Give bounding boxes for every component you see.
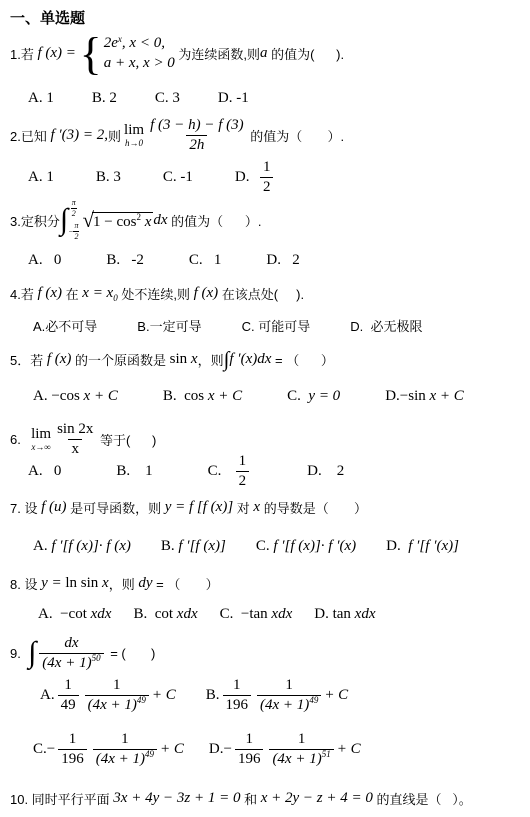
q9-a-f2-den: (4x + 1)49 bbox=[85, 695, 149, 715]
q9-options-row2: C.− 1196 1(4x + 1)49 + C D.− 1196 1(4x +… bbox=[33, 730, 361, 769]
q9-d-f2-den: (4x + 1)51 bbox=[269, 749, 333, 769]
q2-lim-sub: h→0 bbox=[125, 139, 143, 148]
q4-options: A.必不可导 B.一定可导 C. 可能可导 D. 必无极限 bbox=[33, 316, 422, 335]
q2-options: A. 1 B. 3 C. -1 D. 1 2 bbox=[28, 158, 276, 197]
q2-frac-den: 2h bbox=[186, 135, 207, 155]
q8-lnsin: ln sin bbox=[65, 575, 102, 592]
q7-option-d-label: D. bbox=[386, 538, 408, 555]
q3-text2: 的值为（ ）. bbox=[168, 211, 262, 230]
q1-option-b: B. 2 bbox=[92, 90, 117, 107]
q8-option-a-fn: A. −cot bbox=[38, 606, 91, 623]
q5-integrand: f ′(x)dx bbox=[229, 351, 271, 368]
q3-options: A. 0 B. -2 C. 1 D. 2 bbox=[28, 252, 300, 269]
q5-option-c-label: C. bbox=[287, 388, 308, 405]
q9-option-d-label: D.− bbox=[209, 741, 232, 758]
q9-option-a-tail: + C bbox=[152, 687, 176, 704]
q7-text4: 的导数是（ ） bbox=[260, 498, 367, 517]
q5-option-a-fn: A. −cos bbox=[33, 388, 84, 405]
q3-option-d: D. 2 bbox=[266, 252, 299, 269]
q3-integral: ∫ π 2 − π 2 bbox=[60, 198, 83, 242]
q4-x0: x = x 0 bbox=[82, 285, 117, 302]
q5-text2: 的一个原函数是 bbox=[71, 350, 169, 369]
q9-d-f1-den: 196 bbox=[235, 749, 264, 769]
q10-plane1: 3x + 4y − 3z + 1 = 0 bbox=[113, 790, 240, 807]
q9-b-f2-expr: (4x + 1) bbox=[260, 696, 309, 715]
q9-a-f2-expr: (4x + 1) bbox=[88, 696, 137, 715]
q7-option-c-label: C. bbox=[256, 538, 274, 555]
q6-text2: 等于( ) bbox=[96, 430, 156, 449]
q9-options-row1: A. 149 1(4x + 1)49 + C B. 1196 1(4x + 1)… bbox=[40, 676, 348, 715]
q3-lower-bound: − π 2 bbox=[68, 221, 79, 242]
q6-option-c-label: C. bbox=[208, 463, 233, 480]
q4-fx1: f (x) bbox=[37, 285, 62, 302]
section-title: 一、单选题 bbox=[10, 7, 85, 28]
q3-option-b: B. -2 bbox=[106, 252, 144, 269]
q9-frac-num: dx bbox=[64, 634, 78, 653]
q8-dy: dy bbox=[138, 575, 152, 592]
q3-rad-expr: 1 − cos bbox=[93, 214, 136, 231]
q4-fx2: f (x) bbox=[194, 285, 219, 302]
q5-options: A. −cos x + C B. cos x + C C. y = 0 D.−s… bbox=[33, 388, 464, 405]
q10-text2: 的直线是（ ）。 bbox=[373, 789, 472, 808]
q6-options: A. 0 B. 1 C. 1 2 D. 2 bbox=[28, 452, 344, 491]
q1-piecewise: { 2e x , x < 0, a + x, x > 0 bbox=[80, 34, 175, 73]
q2-option-d-den: 2 bbox=[260, 177, 274, 197]
q9-option-a: A. 149 1(4x + 1)49 + C bbox=[40, 676, 176, 715]
q6-option-a: A. 0 bbox=[28, 463, 61, 480]
q4-option-d: D. 必无极限 bbox=[350, 316, 422, 335]
q1-case2: a + x, x > 0 bbox=[104, 55, 175, 72]
q3-lower-num: π bbox=[74, 221, 78, 231]
q9-option-c-tail: + C bbox=[160, 741, 184, 758]
q6-option-d: D. 2 bbox=[307, 463, 344, 480]
q5-option-a-expr: x + C bbox=[84, 388, 118, 405]
q9-option-d-tail: + C bbox=[337, 741, 361, 758]
q8-option-d-fn: D. tan bbox=[314, 606, 354, 623]
q8-option-c-expr: xdx bbox=[271, 606, 292, 623]
q5-option-b-expr: x + C bbox=[208, 388, 242, 405]
q9-option-d-frac1: 1196 bbox=[235, 730, 264, 769]
q9-a-f1-den: 49 bbox=[58, 695, 79, 715]
q8-var-x: x bbox=[102, 575, 109, 592]
q2-frac-num: f (3 − h) − f (3) bbox=[150, 116, 244, 135]
q5-sin: sin bbox=[170, 351, 191, 368]
q10-plane2: x + 2y − z + 4 = 0 bbox=[261, 790, 373, 807]
q9-option-b: B. 1196 1(4x + 1)49 + C bbox=[206, 676, 348, 715]
question-8: 8. 设 y = ln sin x ，则 dy = （ ） bbox=[10, 574, 219, 593]
q8-option-c: C. −tan xdx bbox=[220, 606, 293, 623]
q10-and: 和 bbox=[240, 789, 260, 808]
q2-limit: lim h→0 bbox=[124, 123, 144, 148]
q4-text2: 处不连续,则 bbox=[118, 284, 194, 303]
q8-options: A. −cot xdx B. cot xdx C. −tan xdx D. ta… bbox=[38, 606, 376, 623]
q4-prefix: 4.若 bbox=[10, 284, 37, 303]
q1-options: A. 1 B. 2 C. 3 D. -1 bbox=[28, 90, 249, 107]
q1-text3: 的值为( ). bbox=[268, 44, 345, 63]
q5-option-d-fn: D.−sin bbox=[385, 388, 429, 405]
q3-upper-num: π bbox=[72, 198, 76, 208]
q3-sqrt: √ 1 − cos 2 x bbox=[82, 210, 153, 231]
q9-d-f2-expr: (4x + 1) bbox=[272, 750, 321, 769]
question-9: 9. ∫ dx (4x + 1) 50 = ( ) bbox=[10, 634, 155, 673]
q1-fx: f (x) = bbox=[37, 45, 79, 62]
q9-c-f2-den: (4x + 1)49 bbox=[93, 749, 157, 769]
q5-option-b-fn: B. cos bbox=[163, 388, 208, 405]
q5-text3: = （ ） bbox=[271, 350, 334, 369]
q6-option-c-frac: 1 2 bbox=[236, 452, 250, 491]
q3-dx: dx bbox=[153, 212, 167, 229]
q7-fu: f (u) bbox=[41, 499, 66, 516]
q7-text2: 是可导函数，则 bbox=[67, 498, 165, 517]
question-2: 2.已知 f ′(3) = 2, 则 lim h→0 f (3 − h) − f… bbox=[10, 116, 344, 155]
q7-option-a-label: A. bbox=[33, 538, 51, 555]
q7-option-a: A. f ′[f (x)]· f (x) bbox=[33, 538, 131, 555]
q8-option-b-fn: B. cot bbox=[133, 606, 176, 623]
q1-option-d: D. -1 bbox=[218, 90, 249, 107]
q9-option-b-frac1: 1196 bbox=[223, 676, 252, 715]
q8-prefix: 8. 设 bbox=[10, 574, 41, 593]
integral-icon: ∫ bbox=[28, 638, 36, 668]
q9-option-c-label: C.− bbox=[33, 741, 55, 758]
q1-option-c: C. 3 bbox=[155, 90, 180, 107]
q5-then: ，则 bbox=[198, 350, 224, 369]
q1-var-a: a bbox=[260, 45, 268, 62]
q9-a-f1-num: 1 bbox=[64, 676, 72, 695]
question-3: 3.定积分 ∫ π 2 − π 2 √ 1 − cos bbox=[10, 198, 261, 242]
q9-d-f1-num: 1 bbox=[245, 730, 253, 749]
q7-text3: 对 bbox=[233, 498, 253, 517]
q7-var-x: x bbox=[253, 499, 260, 516]
q2-text2: 的值为（ ）. bbox=[247, 126, 345, 145]
q3-upper-bound: π 2 bbox=[68, 198, 79, 219]
q4-text3: 在该点处( ). bbox=[218, 284, 304, 303]
q5-sin-var: x bbox=[191, 351, 198, 368]
question-10: 10. 同时平行平面 3x + 4y − 3z + 1 = 0 和 x + 2y… bbox=[10, 789, 472, 808]
q9-option-c-frac2: 1(4x + 1)49 bbox=[93, 730, 157, 769]
q3-upper-den: 2 bbox=[71, 208, 77, 219]
q8-y-eq: y = bbox=[41, 575, 65, 592]
q3-lower-den: 2 bbox=[73, 231, 79, 242]
lim-word: lim bbox=[31, 427, 51, 442]
q9-b-f1-num: 1 bbox=[233, 676, 241, 695]
q2-option-d-frac: 1 2 bbox=[260, 158, 274, 197]
q7-option-c: C. f ′[f (x)]· f ′(x) bbox=[256, 538, 356, 555]
q9-option-b-frac2: 1(4x + 1)49 bbox=[257, 676, 321, 715]
q8-option-d: D. tan xdx bbox=[314, 606, 375, 623]
q2-option-d-label: D. bbox=[235, 169, 257, 186]
q9-b-f2-den: (4x + 1)49 bbox=[257, 695, 321, 715]
q5-prefix: 5．若 bbox=[10, 350, 47, 369]
q6-option-b: B. 1 bbox=[116, 463, 152, 480]
q4-at: 在 bbox=[62, 284, 82, 303]
q8-option-a-expr: xdx bbox=[91, 606, 112, 623]
q5-option-c-expr: y = 0 bbox=[308, 388, 340, 405]
q6-limit: lim x→∞ bbox=[31, 427, 51, 452]
q6-frac-num: sin 2x bbox=[57, 420, 93, 439]
q5-option-d-expr: x + C bbox=[429, 388, 463, 405]
q5-option-a: A. −cos x + C bbox=[33, 388, 118, 405]
q7-option-c-expr: f ′[f (x)]· f ′(x) bbox=[273, 538, 356, 555]
q1-prefix: 1.若 bbox=[10, 44, 37, 63]
q7-option-b-expr: f ′[f (x)] bbox=[178, 538, 225, 555]
q9-b-f1-den: 196 bbox=[223, 695, 252, 715]
q3-radicand: 1 − cos 2 x bbox=[92, 212, 153, 231]
q9-d-f2-num: 1 bbox=[298, 730, 306, 749]
question-4: 4.若 f (x) 在 x = x 0 处不连续,则 f (x) 在该点处( )… bbox=[10, 284, 304, 303]
q2-given: f ′(3) = 2, bbox=[50, 127, 108, 144]
q9-c-f2-num: 1 bbox=[121, 730, 129, 749]
q7-option-a-expr: f ′[f (x)]· f (x) bbox=[51, 538, 131, 555]
q2-prefix: 2.已知 bbox=[10, 126, 50, 145]
q7-option-d-expr: f ′[f ′(x)] bbox=[408, 538, 459, 555]
q8-option-b-expr: xdx bbox=[177, 606, 198, 623]
q9-option-b-tail: + C bbox=[324, 687, 348, 704]
q9-prefix: 9. bbox=[10, 646, 28, 661]
q5-option-d: D.−sin x + C bbox=[385, 388, 464, 405]
q5-option-c: C. y = 0 bbox=[287, 388, 340, 405]
q4-option-a: A.必不可导 bbox=[33, 316, 97, 335]
q1-cases: 2e x , x < 0, a + x, x > 0 bbox=[104, 35, 175, 72]
q9-c-f1-num: 1 bbox=[69, 730, 77, 749]
q7-prefix: 7. 设 bbox=[10, 498, 41, 517]
q4-option-c: C. 可能可导 bbox=[242, 316, 311, 335]
q8-text2: = （ ） bbox=[153, 574, 219, 593]
q3-prefix: 3.定积分 bbox=[10, 211, 60, 230]
q9-option-c-frac1: 1196 bbox=[58, 730, 87, 769]
q2-option-b: B. 3 bbox=[96, 169, 121, 186]
q9-option-a-frac2: 1(4x + 1)49 bbox=[85, 676, 149, 715]
q6-prefix: 6. bbox=[10, 432, 28, 447]
q1-option-a: A. 1 bbox=[28, 90, 54, 107]
q2-option-d: D. 1 2 bbox=[235, 158, 277, 197]
q2-option-a: A. 1 bbox=[28, 169, 54, 186]
q9-fraction: dx (4x + 1) 50 bbox=[39, 634, 103, 673]
question-5: 5．若 f (x) 的一个原函数是 sin x ，则 ∫ f ′(x)dx = … bbox=[10, 349, 334, 370]
q6-option-c-num: 1 bbox=[239, 452, 247, 471]
q6-option-c: C. 1 2 bbox=[208, 452, 253, 491]
q7-composite: y = f [f (x)] bbox=[165, 499, 233, 516]
q1-case1-cond: , x < 0, bbox=[122, 35, 165, 52]
q9-c-f1-den: 196 bbox=[58, 749, 87, 769]
q9-den-expr: (4x + 1) bbox=[42, 654, 91, 673]
q1-case1-expr: 2e bbox=[104, 35, 118, 52]
q9-a-f2-num: 1 bbox=[113, 676, 121, 695]
q9-c-f2-expr: (4x + 1) bbox=[96, 750, 145, 769]
q5-fx: f (x) bbox=[47, 351, 72, 368]
q3-rad-var: x bbox=[141, 214, 151, 231]
lim-word: lim bbox=[124, 123, 144, 138]
q2-then: 则 bbox=[108, 126, 121, 145]
q7-option-b-label: B. bbox=[161, 538, 179, 555]
q2-option-c: C. -1 bbox=[163, 169, 193, 186]
q9-text2: = ( ) bbox=[107, 646, 156, 661]
q8-option-c-fn: C. −tan bbox=[220, 606, 272, 623]
q3-lower-frac: π 2 bbox=[73, 221, 79, 242]
q9-option-a-frac1: 149 bbox=[58, 676, 79, 715]
question-7: 7. 设 f (u) 是可导函数，则 y = f [f (x)] 对 x 的导数… bbox=[10, 498, 367, 517]
q5-option-b: B. cos x + C bbox=[163, 388, 242, 405]
q7-options: A. f ′[f (x)]· f (x) B. f ′[f (x)] C. f … bbox=[33, 538, 459, 555]
q2-option-d-num: 1 bbox=[263, 158, 271, 177]
q7-option-b: B. f ′[f (x)] bbox=[161, 538, 226, 555]
q2-fraction: f (3 − h) − f (3) 2h bbox=[150, 116, 244, 155]
q9-option-d-frac2: 1(4x + 1)51 bbox=[269, 730, 333, 769]
q8-option-b: B. cot xdx bbox=[133, 606, 197, 623]
q9-option-a-label: A. bbox=[40, 687, 55, 704]
q3-option-a: A. 0 bbox=[28, 252, 61, 269]
q6-option-c-den: 2 bbox=[236, 471, 250, 491]
q9-option-b-label: B. bbox=[206, 687, 220, 704]
q4-x-eq: x = x bbox=[82, 285, 113, 302]
integral-icon: ∫ bbox=[60, 205, 68, 235]
q9-b-f2-num: 1 bbox=[285, 676, 293, 695]
q8-then: ，则 bbox=[109, 574, 139, 593]
q4-option-b: B.一定可导 bbox=[137, 316, 201, 335]
question-1: 1.若 f (x) = { 2e x , x < 0, a + x, x > 0… bbox=[10, 34, 344, 73]
q1-text2: 为连续函数,则 bbox=[175, 44, 260, 63]
q1-case1: 2e x , x < 0, bbox=[104, 35, 175, 52]
q3-integral-bounds: π 2 − π 2 bbox=[68, 198, 79, 242]
q9-option-c: C.− 1196 1(4x + 1)49 + C bbox=[33, 730, 184, 769]
q9-option-d: D.− 1196 1(4x + 1)51 + C bbox=[209, 730, 361, 769]
brace-icon: { bbox=[80, 34, 102, 73]
q9-frac-den: (4x + 1) 50 bbox=[39, 653, 103, 673]
q10-prefix: 10. 同时平行平面 bbox=[10, 789, 113, 808]
q6-lim-sub: x→∞ bbox=[31, 443, 50, 452]
q8-option-a: A. −cot xdx bbox=[38, 606, 111, 623]
q7-option-d: D. f ′[f ′(x)] bbox=[386, 538, 459, 555]
q3-option-c: C. 1 bbox=[189, 252, 222, 269]
q8-option-d-expr: xdx bbox=[355, 606, 376, 623]
